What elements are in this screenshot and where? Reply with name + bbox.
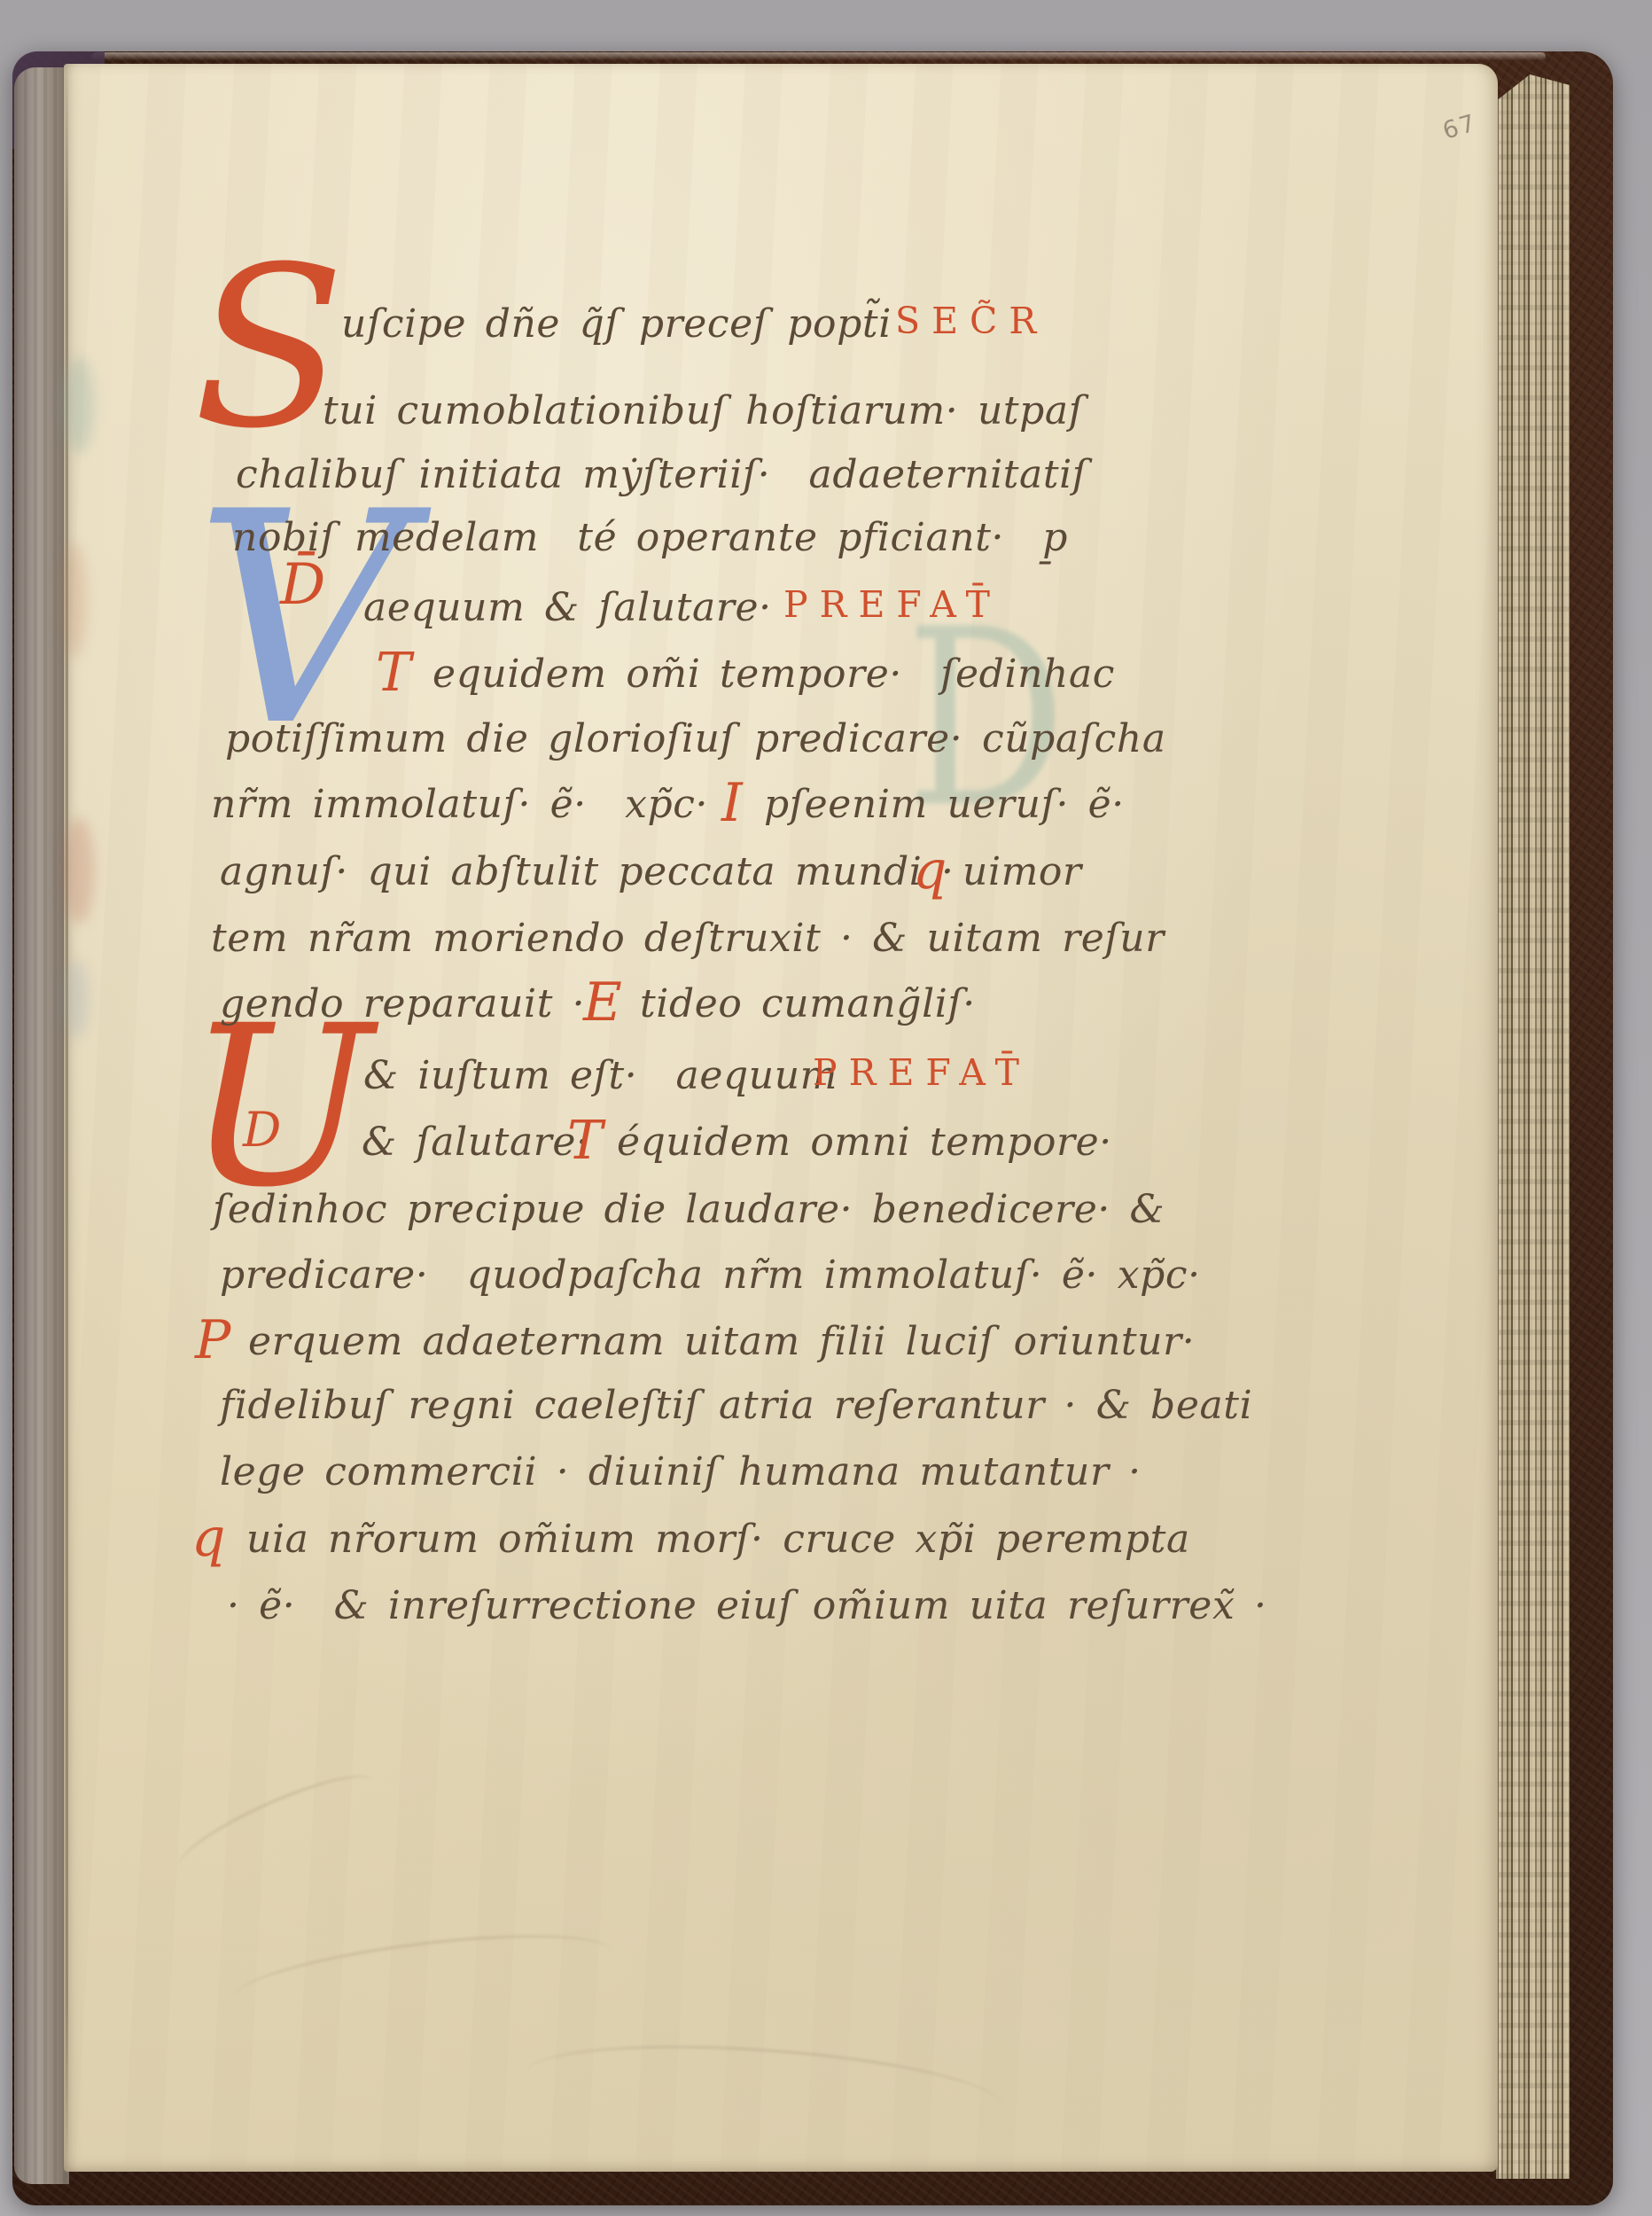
manuscript-text-line: predicare· quodpaſcha nr̃m immolatuſ· ẽ·… xyxy=(64,1252,1498,1306)
rubric-initial: P xyxy=(195,1308,230,1372)
text-segment: fidelibuſ regni caeleſtiſ atria reſerant… xyxy=(220,1383,1252,1430)
rubric-heading: PREFAT̄ xyxy=(813,1051,1031,1095)
manuscript-text-line: aequum & ſalutare·PREFAT̄ xyxy=(64,585,1498,638)
manuscript-text-line: chalibuſ initiata mẏſteriiſ· adaeternita… xyxy=(64,452,1498,505)
text-segment: nr̃m immolatuſ· ẽ· xp̃c· xyxy=(211,782,708,829)
text-segment: uſcipe dñe q̃ſ preceſ popt̃i xyxy=(341,301,892,348)
manuscript-text-line: tui cumoblationibuſ hoſtiarum· utpaſ xyxy=(64,388,1498,441)
text-segment: predicare· quodpaſcha nr̃m immolatuſ· ẽ·… xyxy=(220,1252,1201,1299)
left-leaf-texture xyxy=(14,67,69,2184)
rubric-initial: T xyxy=(567,1109,603,1173)
rubric-heading: PREFAT̄ xyxy=(783,583,1001,627)
manuscript-page: 67 D SVD̄UD uſcipe dñe q̃ſ preceſ popt̃i… xyxy=(64,64,1498,2172)
manuscript-text-line: gendo reparauit ·Etideo cumang̃liſ· xyxy=(64,981,1498,1034)
rubric-heading: SEC̃R xyxy=(895,300,1048,343)
text-segment: erquem adaeternam uitam filii luciſ oriu… xyxy=(248,1319,1195,1366)
rubric-initial: T xyxy=(376,641,411,705)
manuscript-text-line: fidelibuſ regni caeleſtiſ atria reſerant… xyxy=(64,1383,1498,1436)
text-segment: · ẽ· & inreſurrectione eiuſ om̃ium uita … xyxy=(227,1583,1267,1630)
text-segment: ſedinhoc precipue die laudare· benedicer… xyxy=(213,1187,1165,1234)
text-segment: pſeenim ueruſ· ẽ· xyxy=(764,782,1125,829)
text-segment: potiſſimum die glorioſiuſ predicare· cũp… xyxy=(225,716,1166,763)
manuscript-text-line: & ſalutare·Téquidem omni tempore· xyxy=(64,1120,1498,1173)
left-leaf-edge xyxy=(14,67,69,2184)
manuscript-text-line: nobiſ medelam té operante pficiant· p̱ xyxy=(64,515,1498,568)
text-segment: nobiſ medelam té operante pficiant· p̱ xyxy=(232,515,1068,562)
text-segment: aequum & ſalutare· xyxy=(363,585,772,632)
text-segment: uia nr̃orum om̃ium morſ· cruce xp̃i pere… xyxy=(246,1517,1190,1564)
cover-top-highlight xyxy=(92,52,1546,60)
manuscript-text-line: potiſſimum die glorioſiuſ predicare· cũp… xyxy=(64,716,1498,769)
rubric-initial: I xyxy=(721,771,743,835)
manuscript-text-line: uſcipe dñe q̃ſ preceſ popt̃iSEC̃R xyxy=(64,301,1498,355)
text-segment: chalibuſ initiata mẏſteriiſ· adaeternita… xyxy=(236,452,1087,499)
manuscript-text-line: Tequidem om̃i tempore· ſedinhac xyxy=(64,652,1498,705)
text-segment: equidem om̃i tempore· ſedinhac xyxy=(432,652,1115,698)
manuscript-text-line: nr̃m immolatuſ· ẽ· xp̃c·Ipſeenim ueruſ· … xyxy=(64,782,1498,835)
text-segment: tui cumoblationibuſ hoſtiarum· utpaſ xyxy=(323,388,1084,435)
manuscript-text-line: tem nr̃am moriendo deſtruxit · & uitam r… xyxy=(64,916,1498,969)
book-fore-edge-pages xyxy=(1496,74,1570,2179)
photograph-background: 67 D SVD̄UD uſcipe dñe q̃ſ preceſ popt̃i… xyxy=(0,0,1652,2216)
text-segment: lege commercii · diuiniſ humana mutantur… xyxy=(220,1449,1142,1496)
text-segment: uimor xyxy=(962,849,1082,896)
manuscript-text-line: ſedinhoc precipue die laudare· benedicer… xyxy=(64,1187,1498,1240)
text-segment: équidem omni tempore· xyxy=(617,1120,1112,1167)
rubric-initial: q xyxy=(913,839,947,902)
text-segment: & iuſtum eſt· aequum xyxy=(363,1053,838,1100)
rubric-initial: E xyxy=(583,971,622,1034)
text-segment: gendo reparauit · xyxy=(220,981,585,1028)
manuscript-text-line: agnuſ· qui abſtulit peccata mundi ·quimo… xyxy=(64,849,1498,902)
manuscript-text-line: lege commercii · diuiniſ humana mutantur… xyxy=(64,1449,1498,1502)
manuscript-text-line: quia nr̃orum om̃ium morſ· cruce xp̃i per… xyxy=(64,1517,1498,1570)
rubric-initial: q xyxy=(191,1506,225,1570)
text-segment: & ſalutare· xyxy=(362,1120,589,1167)
fore-edge-texture xyxy=(1499,74,1570,2179)
manuscript-text-line: & iuſtum eſt· aequumPREFAT̄ xyxy=(64,1053,1498,1106)
manuscript-text-line: · ẽ· & inreſurrectione eiuſ om̃ium uita … xyxy=(64,1583,1498,1636)
manuscript-text-line: Perquem adaeternam uitam filii luciſ ori… xyxy=(64,1319,1498,1372)
text-segment: agnuſ· qui abſtulit peccata mundi · xyxy=(220,849,955,896)
text-segment: tem nr̃am moriendo deſtruxit · & uitam r… xyxy=(211,916,1165,963)
text-segment: tideo cumang̃liſ· xyxy=(640,981,976,1028)
